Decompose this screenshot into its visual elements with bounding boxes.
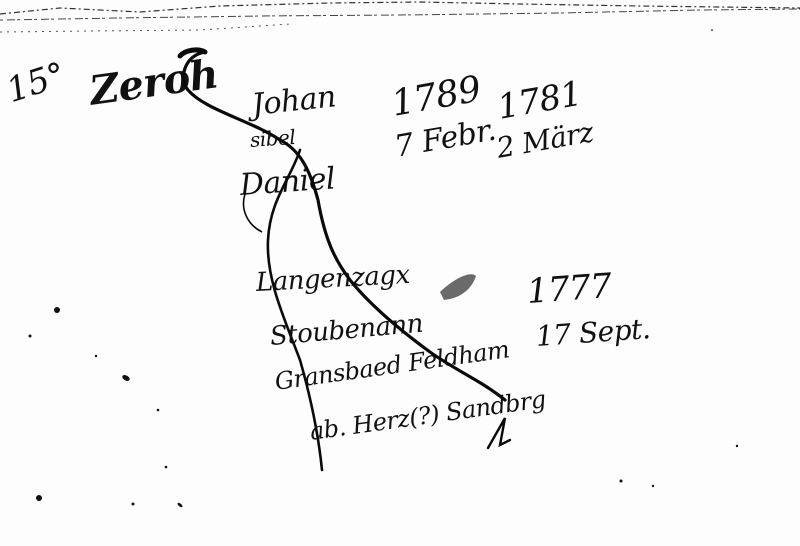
document-page: 15° Zeroh Johan sibel 1789 7 Febr. 1781 … (0, 0, 800, 546)
paper-specks (0, 0, 800, 546)
